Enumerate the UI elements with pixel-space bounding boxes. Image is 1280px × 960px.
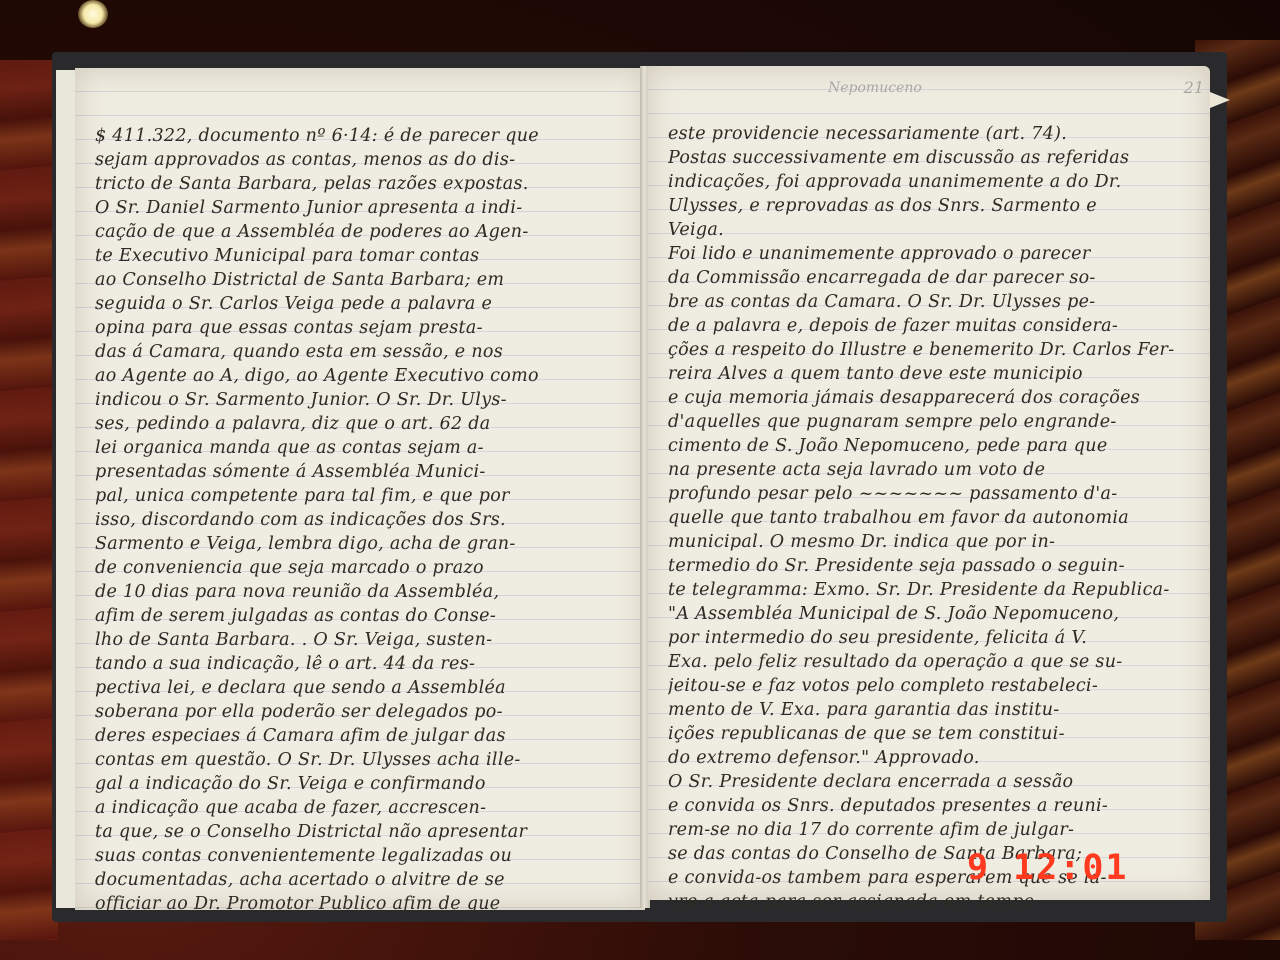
handwritten-line: documentadas, acha acertado o alvitre de… xyxy=(95,868,629,892)
handwritten-line: cimento de S. João Nepomuceno, pede para… xyxy=(668,434,1194,458)
left-page: $ 411.322, documento nº 6·14: é de parec… xyxy=(75,68,645,910)
handwritten-line: da Commissão encarregada de dar parecer … xyxy=(668,266,1194,290)
background-rug-left xyxy=(0,60,58,940)
left-page-text: $ 411.322, documento nº 6·14: é de parec… xyxy=(95,124,629,916)
header-pencil-note: Nepomuceno xyxy=(828,80,922,96)
handwritten-line: ta que, se o Conselho Districtal não apr… xyxy=(95,820,629,844)
handwritten-line: pal, unica competente para tal fim, e qu… xyxy=(95,484,629,508)
handwritten-line: lei organica manda que as contas sejam a… xyxy=(95,436,629,460)
handwritten-line: presentadas sómente á Assembléa Munici- xyxy=(95,460,629,484)
handwritten-line: sejam approvados as contas, menos as do … xyxy=(95,148,629,172)
handwritten-line: Veiga. xyxy=(668,218,1194,242)
handwritten-line: e cuja memoria jámais desapparecerá dos … xyxy=(668,386,1194,410)
handwritten-line: tricto de Santa Barbara, pelas razões ex… xyxy=(95,172,629,196)
handwritten-line: "A Assembléa Municipal de S. João Nepomu… xyxy=(668,602,1194,626)
handwritten-line: ções a respeito do Illustre e benemerito… xyxy=(668,338,1194,362)
handwritten-line: ses, pedindo a palavra, diz que o art. 6… xyxy=(95,412,629,436)
handwritten-line: afim de serem julgadas as contas do Cons… xyxy=(95,604,629,628)
handwritten-line: Foi lido e unanimemente approvado o pare… xyxy=(668,242,1194,266)
handwritten-line: municipal. O mesmo Dr. indica que por in… xyxy=(668,530,1194,554)
handwritten-line: reira Alves a quem tanto deve este munic… xyxy=(668,362,1194,386)
handwritten-line: pectiva lei, e declara que sendo a Assem… xyxy=(95,676,629,700)
handwritten-line: ao Agente ao A, digo, ao Agente Executiv… xyxy=(95,364,629,388)
handwritten-line: cação de que a Assembléa de poderes ao A… xyxy=(95,220,629,244)
page-number: 21 xyxy=(1184,78,1204,97)
handwritten-line: soberana por ella poderão ser delegados … xyxy=(95,700,629,724)
handwritten-line: ao Conselho Districtal de Santa Barbara;… xyxy=(95,268,629,292)
handwritten-line: do extremo defensor." Approvado. xyxy=(668,746,1194,770)
handwritten-line: e convida os Snrs. deputados presentes a… xyxy=(668,794,1194,818)
handwritten-line: na presente acta seja lavrado um voto de xyxy=(668,458,1194,482)
handwritten-line: de a palavra e, depois de fazer muitas c… xyxy=(668,314,1194,338)
handwritten-line: Ulysses, e reprovadas as dos Snrs. Sarme… xyxy=(668,194,1194,218)
handwritten-line: te Executivo Municipal para tomar contas xyxy=(95,244,629,268)
handwritten-line: O Sr. Daniel Sarmento Junior apresenta a… xyxy=(95,196,629,220)
handwritten-line: opina para que essas contas sejam presta… xyxy=(95,316,629,340)
handwritten-line: suas contas convenientemente legalizadas… xyxy=(95,844,629,868)
handwritten-line: ições republicanas de que se tem constit… xyxy=(668,722,1194,746)
handwritten-line: termedio do Sr. Presidente seja passado … xyxy=(668,554,1194,578)
handwritten-line: Postas successivamente em discussão as r… xyxy=(668,146,1194,170)
handwritten-line: Exa. pelo feliz resultado da operação a … xyxy=(668,650,1194,674)
handwritten-line: O Sr. Presidente declara encerrada a ses… xyxy=(668,770,1194,794)
handwritten-line: de 10 dias para nova reunião da Assemblé… xyxy=(95,580,629,604)
handwritten-line: a indicação que acaba de fazer, accresce… xyxy=(95,796,629,820)
handwritten-line: das á Camara, quando esta em sessão, e n… xyxy=(95,340,629,364)
handwritten-line: lho de Santa Barbara. . O Sr. Veiga, sus… xyxy=(95,628,629,652)
handwritten-line: profundo pesar pelo ~~~~~~~ passamento d… xyxy=(668,482,1194,506)
handwritten-line: jeitou-se e faz votos pelo completo rest… xyxy=(668,674,1194,698)
handwritten-line: gal a indicação do Sr. Veiga e confirman… xyxy=(95,772,629,796)
light-glare xyxy=(78,0,108,28)
handwritten-line: isso, discordando com as indicações dos … xyxy=(95,508,629,532)
handwritten-line: deres especiaes á Camara afim de julgar … xyxy=(95,724,629,748)
handwritten-line: te telegramma: Exmo. Sr. Dr. Presidente … xyxy=(668,578,1194,602)
handwritten-line: indicou o Sr. Sarmento Junior. O Sr. Dr.… xyxy=(95,388,629,412)
handwritten-line: Sarmento e Veiga, lembra digo, acha de g… xyxy=(95,532,629,556)
handwritten-line: quelle que tanto trabalhou em favor da a… xyxy=(668,506,1194,530)
camera-timestamp: 9 12:01 xyxy=(967,848,1129,888)
handwritten-line: mento de V. Exa. para garantia das insti… xyxy=(668,698,1194,722)
handwritten-line: tando a sua indicação, lê o art. 44 da r… xyxy=(95,652,629,676)
handwritten-line: indicações, foi approvada unanimemente a… xyxy=(668,170,1194,194)
right-page: Nepomuceno 21 este providencie necessari… xyxy=(648,66,1210,900)
handwritten-line: de conveniencia que seja marcado o prazo xyxy=(95,556,629,580)
handwritten-line: este providencie necessariamente (art. 7… xyxy=(668,122,1194,146)
right-page-text: este providencie necessariamente (art. 7… xyxy=(668,122,1194,914)
handwritten-line: por intermedio do seu presidente, felici… xyxy=(668,626,1194,650)
handwritten-line: officiar ao Dr. Promotor Publico afim de… xyxy=(95,892,629,916)
bookmark-tab xyxy=(1210,92,1230,108)
handwritten-line: vre a acta para ser assignada em tempo xyxy=(668,890,1194,914)
handwritten-line: seguida o Sr. Carlos Veiga pede a palavr… xyxy=(95,292,629,316)
handwritten-line: $ 411.322, documento nº 6·14: é de parec… xyxy=(95,124,629,148)
handwritten-line: d'aquelles que pugnaram sempre pelo engr… xyxy=(668,410,1194,434)
handwritten-line: contas em questão. O Sr. Dr. Ulysses ach… xyxy=(95,748,629,772)
handwritten-line: rem-se no dia 17 do corrente afim de jul… xyxy=(668,818,1194,842)
handwritten-line: bre as contas da Camara. O Sr. Dr. Ulyss… xyxy=(668,290,1194,314)
page-stack-edge xyxy=(56,70,77,908)
